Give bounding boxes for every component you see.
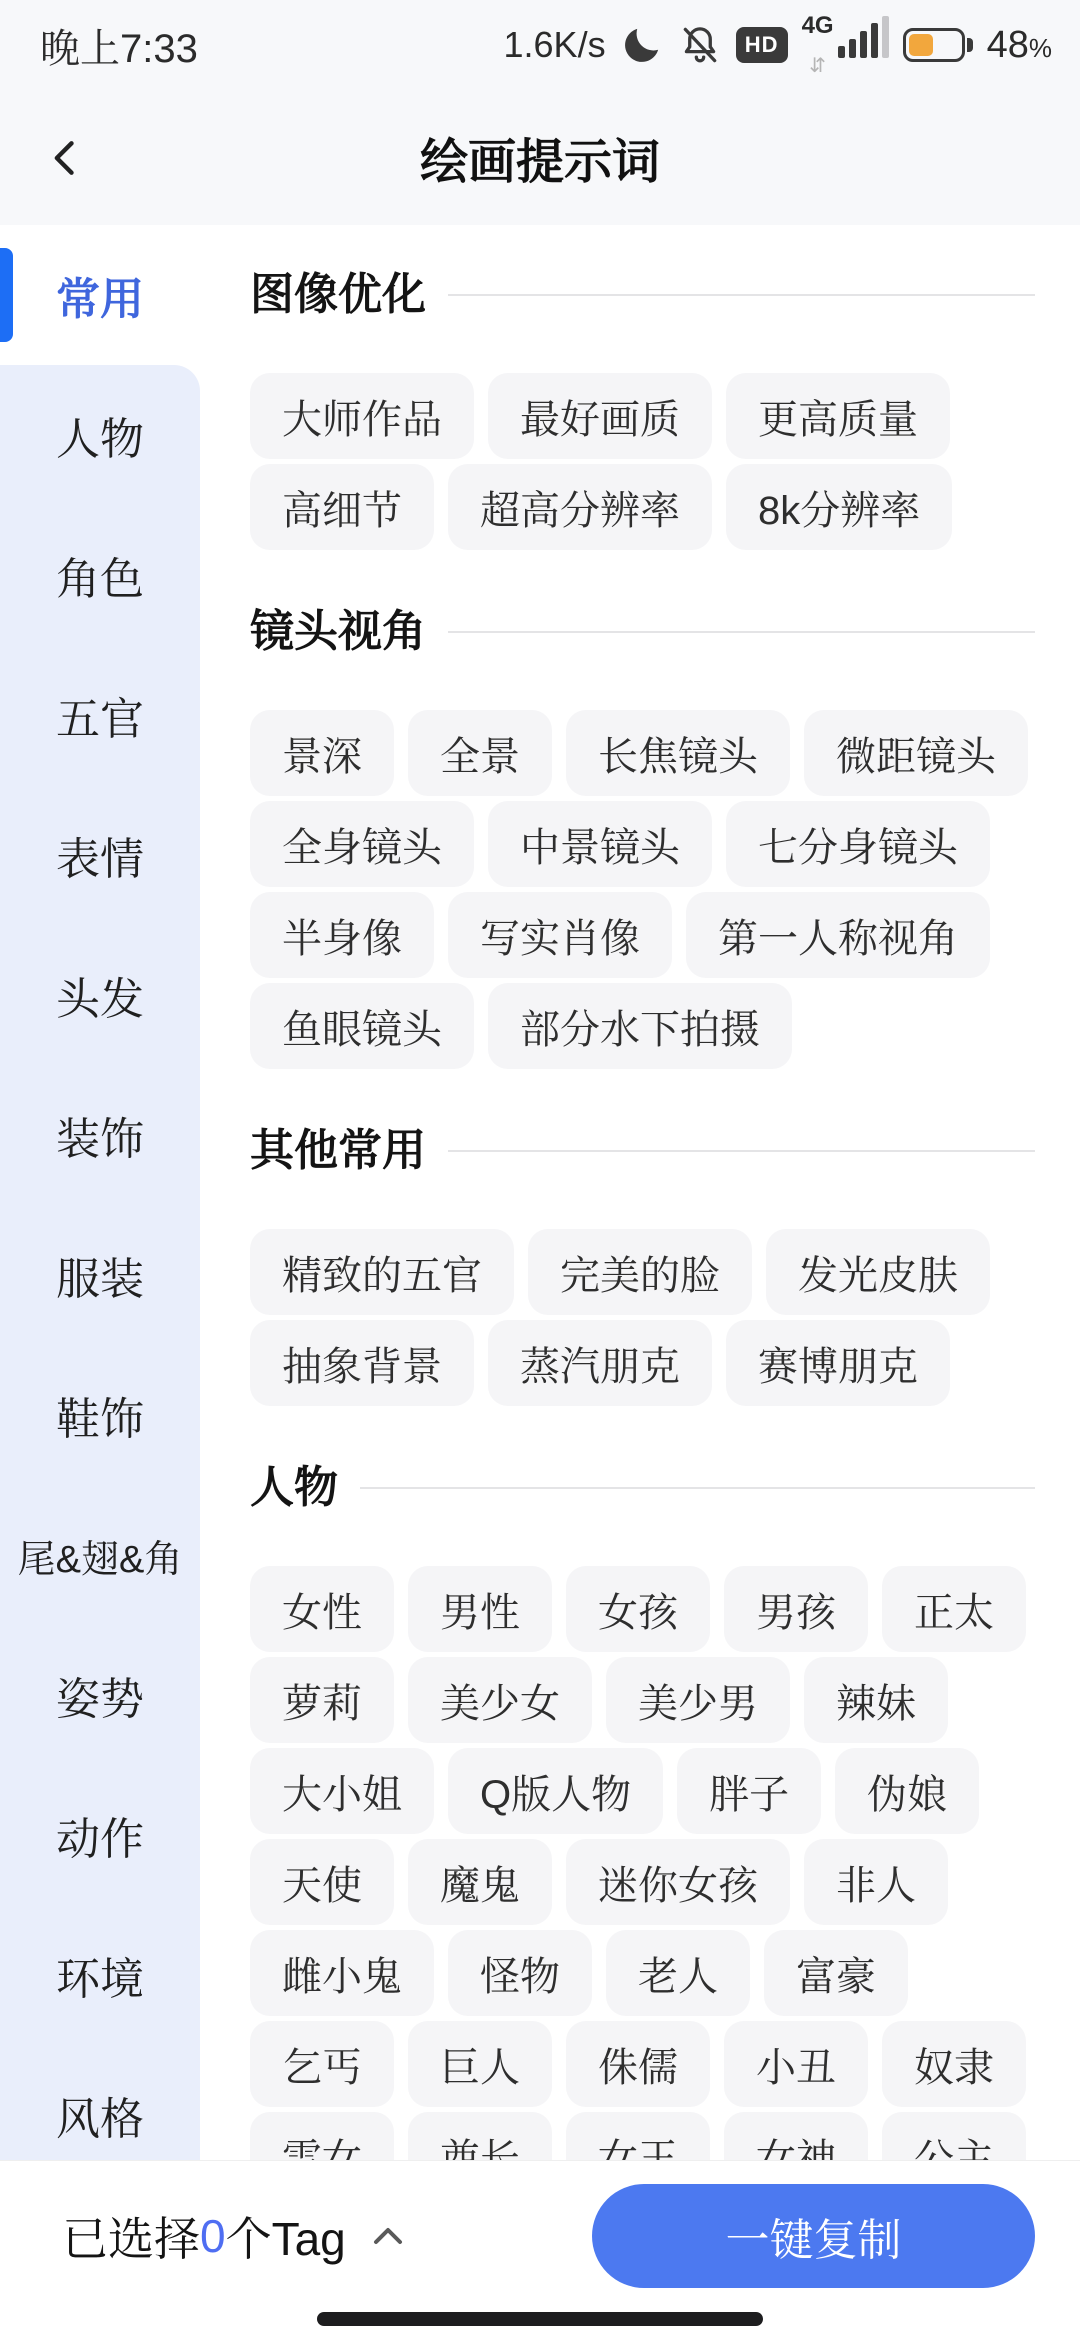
bell-muted-icon xyxy=(678,23,722,67)
tag-row: 大师作品最好画质更高质量 xyxy=(250,373,1035,459)
tag-chip[interactable]: 半身像 xyxy=(250,892,434,978)
tag-row: 全身镜头中景镜头七分身镜头 xyxy=(250,801,1035,887)
tag-chip[interactable]: 高细节 xyxy=(250,464,434,550)
tag-chip[interactable]: 奴隶 xyxy=(882,2021,1026,2107)
tag-chip[interactable]: 乞丐 xyxy=(250,2021,394,2107)
sidebar-item-8[interactable]: 服装 xyxy=(0,1205,200,1345)
tag-row: 鱼眼镜头部分水下拍摄 xyxy=(250,983,1035,1069)
sidebar-item-9[interactable]: 鞋饰 xyxy=(0,1345,200,1485)
tag-chip[interactable]: 大小姐 xyxy=(250,1748,434,1834)
tag-chip[interactable]: 胖子 xyxy=(677,1748,821,1834)
signal-cluster: 4G ⇵ xyxy=(802,14,889,76)
sidebar-item-label: 动作 xyxy=(56,1803,144,1867)
tag-row: 女性男性女孩男孩正太 xyxy=(250,1566,1035,1652)
section-divider xyxy=(448,631,1035,633)
sidebar-item-2[interactable]: 人物 xyxy=(0,365,200,505)
tag-chip[interactable]: 怪物 xyxy=(448,1930,592,2016)
tag-chip[interactable]: 美少女 xyxy=(408,1657,592,1743)
tag-chip[interactable]: 赛博朋克 xyxy=(726,1320,950,1406)
tag-rows: 大师作品最好画质更高质量高细节超高分辨率8k分辨率 xyxy=(250,373,1035,550)
sidebar-item-label: 人物 xyxy=(56,403,144,467)
tag-row: 雪女酋长女王女神公主 xyxy=(250,2112,1035,2160)
section-header: 其他常用 xyxy=(250,1121,1035,1181)
sidebar-item-12[interactable]: 动作 xyxy=(0,1765,200,1905)
section-divider xyxy=(360,1487,1035,1489)
moon-dnd-icon xyxy=(620,23,664,67)
tag-row: 天使魔鬼迷你女孩非人 xyxy=(250,1839,1035,1925)
section-title: 其他常用 xyxy=(250,1121,426,1181)
tag-chip[interactable]: 景深 xyxy=(250,710,394,796)
tag-row: 乞丐巨人侏儒小丑奴隶 xyxy=(250,2021,1035,2107)
tag-chip[interactable]: 长焦镜头 xyxy=(566,710,790,796)
tag-chip[interactable]: 伪娘 xyxy=(835,1748,979,1834)
sidebar-item-3[interactable]: 角色 xyxy=(0,505,200,645)
tag-chip[interactable]: 写实肖像 xyxy=(448,892,672,978)
sidebar-item-label: 风格 xyxy=(56,2083,144,2147)
header: 绘画提示词 xyxy=(0,90,1080,225)
tag-row: 景深全景长焦镜头微距镜头 xyxy=(250,710,1035,796)
tag-chip[interactable]: 大师作品 xyxy=(250,373,474,459)
tag-row: 大小姐Q版人物胖子伪娘 xyxy=(250,1748,1035,1834)
sidebar-item-label: 角色 xyxy=(56,543,144,607)
status-icons: 1.6K/s HD 4G ⇵ 48% xyxy=(504,14,1052,76)
tag-chip[interactable]: 非人 xyxy=(804,1839,948,1925)
battery-percent: 48% xyxy=(987,24,1052,67)
selected-count: 0 xyxy=(200,2209,226,2263)
sidebar-item-label: 常用 xyxy=(56,263,144,327)
sidebar-item-10[interactable]: 尾&翅&角 xyxy=(0,1485,200,1625)
tag-row: 萝莉美少女美少男辣妹 xyxy=(250,1657,1035,1743)
status-bar: 晚上7:33 1.6K/s HD 4G ⇵ 48% xyxy=(0,0,1080,90)
tag-row: 抽象背景蒸汽朋克赛博朋克 xyxy=(250,1320,1035,1406)
network-arrows-icon: ⇵ xyxy=(809,56,826,76)
copy-all-button[interactable]: 一键复制 xyxy=(592,2184,1035,2288)
tag-chip[interactable]: 全景 xyxy=(408,710,552,796)
back-button[interactable] xyxy=(36,128,96,188)
tag-chip[interactable]: 男性 xyxy=(408,1566,552,1652)
sidebar-item-label: 五官 xyxy=(56,683,144,747)
sidebar-item-label: 头发 xyxy=(56,963,144,1027)
tag-chip[interactable]: 女王 xyxy=(566,2112,710,2160)
tag-chip[interactable]: 发光皮肤 xyxy=(766,1229,990,1315)
hd-volte-icon: HD xyxy=(736,27,788,63)
tag-chip[interactable]: 侏儒 xyxy=(566,2021,710,2107)
tag-chip[interactable]: 全身镜头 xyxy=(250,801,474,887)
gesture-bar[interactable] xyxy=(317,2312,763,2326)
section-title: 图像优化 xyxy=(250,265,426,325)
sidebar-item-6[interactable]: 头发 xyxy=(0,925,200,1065)
tag-chip[interactable]: 微距镜头 xyxy=(804,710,1028,796)
tag-chip[interactable]: 迷你女孩 xyxy=(566,1839,790,1925)
sidebar-item-label: 环境 xyxy=(56,1943,144,2007)
tag-chip[interactable]: 魔鬼 xyxy=(408,1839,552,1925)
sidebar-item-label: 服装 xyxy=(56,1243,144,1307)
sidebar-item-label: 尾&翅&角 xyxy=(18,1528,183,1583)
tag-chip[interactable]: 女孩 xyxy=(566,1566,710,1652)
tag-chip[interactable]: 雪女 xyxy=(250,2112,394,2160)
sidebar-item-7[interactable]: 装饰 xyxy=(0,1065,200,1205)
tag-chip[interactable]: 抽象背景 xyxy=(250,1320,474,1406)
tag-chip[interactable]: 小丑 xyxy=(724,2021,868,2107)
tag-chip[interactable]: 美少男 xyxy=(606,1657,790,1743)
sidebar-item-4[interactable]: 五官 xyxy=(0,645,200,785)
tag-chip[interactable]: 七分身镜头 xyxy=(726,801,990,887)
sidebar-item-1[interactable]: 常用 xyxy=(0,225,200,365)
category-sidebar: 常用人物角色五官表情头发装饰服装鞋饰尾&翅&角姿势动作环境风格 xyxy=(0,225,200,2160)
tag-chip[interactable]: 女神 xyxy=(724,2112,868,2160)
tag-rows: 景深全景长焦镜头微距镜头全身镜头中景镜头七分身镜头半身像写实肖像第一人称视角鱼眼… xyxy=(250,710,1035,1069)
section-header: 图像优化 xyxy=(250,265,1035,325)
tag-content-scroll[interactable]: 图像优化大师作品最好画质更高质量高细节超高分辨率8k分辨率镜头视角景深全景长焦镜… xyxy=(200,225,1080,2160)
tag-chip[interactable]: 巨人 xyxy=(408,2021,552,2107)
active-indicator xyxy=(0,248,13,342)
section-header: 镜头视角 xyxy=(250,602,1035,662)
tag-chip[interactable]: 酋长 xyxy=(408,2112,552,2160)
sidebar-item-label: 鞋饰 xyxy=(56,1383,144,1447)
battery-icon xyxy=(903,28,973,62)
section-header: 人物 xyxy=(250,1458,1035,1518)
tag-chip[interactable]: 公主 xyxy=(882,2112,1026,2160)
tag-chip[interactable]: 鱼眼镜头 xyxy=(250,983,474,1069)
sidebar-item-11[interactable]: 姿势 xyxy=(0,1625,200,1765)
tag-chip[interactable]: 第一人称视角 xyxy=(686,892,990,978)
tag-chip[interactable]: 8k分辨率 xyxy=(726,464,952,550)
sidebar-item-13[interactable]: 环境 xyxy=(0,1905,200,2045)
tag-chip[interactable]: 部分水下拍摄 xyxy=(488,983,792,1069)
sidebar-item-5[interactable]: 表情 xyxy=(0,785,200,925)
network-type-label: 4G xyxy=(802,14,834,38)
tag-row: 精致的五官完美的脸发光皮肤 xyxy=(250,1229,1035,1315)
signal-bars-icon xyxy=(838,16,889,58)
section-divider xyxy=(448,1150,1035,1152)
sidebar-item-14[interactable]: 风格 xyxy=(0,2045,200,2160)
tag-chip[interactable]: 中景镜头 xyxy=(488,801,712,887)
sidebar-item-label: 表情 xyxy=(56,823,144,887)
tag-chip[interactable]: 精致的五官 xyxy=(250,1229,514,1315)
clock-time: 晚上7:33 xyxy=(40,17,198,74)
page-title: 绘画提示词 xyxy=(420,123,660,192)
tag-chip[interactable]: 男孩 xyxy=(724,1566,868,1652)
tag-rows: 女性男性女孩男孩正太萝莉美少女美少男辣妹大小姐Q版人物胖子伪娘天使魔鬼迷你女孩非… xyxy=(250,1566,1035,2160)
tag-chip[interactable]: 更高质量 xyxy=(726,373,950,459)
tag-chip[interactable]: 超高分辨率 xyxy=(448,464,712,550)
tag-chip[interactable]: 富豪 xyxy=(764,1930,908,2016)
tag-chip[interactable]: 最好画质 xyxy=(488,373,712,459)
tag-row: 雌小鬼怪物老人富豪 xyxy=(250,1930,1035,2016)
tag-chip[interactable]: 正太 xyxy=(882,1566,1026,1652)
tag-chip[interactable]: 蒸汽朋克 xyxy=(488,1320,712,1406)
tag-chip[interactable]: 辣妹 xyxy=(804,1657,948,1743)
tag-row: 高细节超高分辨率8k分辨率 xyxy=(250,464,1035,550)
tag-chip[interactable]: 女性 xyxy=(250,1566,394,1652)
selected-tags-summary[interactable]: 已选择0个Tag xyxy=(62,2203,412,2269)
tag-chip[interactable]: 老人 xyxy=(606,1930,750,2016)
tag-chip[interactable]: Q版人物 xyxy=(448,1748,663,1834)
chevron-up-icon[interactable] xyxy=(364,2212,412,2260)
section-divider xyxy=(448,294,1035,296)
tag-chip[interactable]: 萝莉 xyxy=(250,1657,394,1743)
network-speed: 1.6K/s xyxy=(504,24,606,66)
app-body: 常用人物角色五官表情头发装饰服装鞋饰尾&翅&角姿势动作环境风格 图像优化大师作品… xyxy=(0,225,1080,2160)
tag-chip[interactable]: 天使 xyxy=(250,1839,394,1925)
selected-suffix: 个Tag xyxy=(226,2203,346,2269)
tag-rows: 精致的五官完美的脸发光皮肤抽象背景蒸汽朋克赛博朋克 xyxy=(250,1229,1035,1406)
sidebar-item-label: 装饰 xyxy=(56,1103,144,1167)
tag-chip[interactable]: 雌小鬼 xyxy=(250,1930,434,2016)
tag-row: 半身像写实肖像第一人称视角 xyxy=(250,892,1035,978)
selected-prefix: 已选择 xyxy=(62,2203,200,2269)
section-title: 人物 xyxy=(250,1458,338,1518)
sidebar-item-label: 姿势 xyxy=(56,1663,144,1727)
tag-chip[interactable]: 完美的脸 xyxy=(528,1229,752,1315)
section-title: 镜头视角 xyxy=(250,602,426,662)
